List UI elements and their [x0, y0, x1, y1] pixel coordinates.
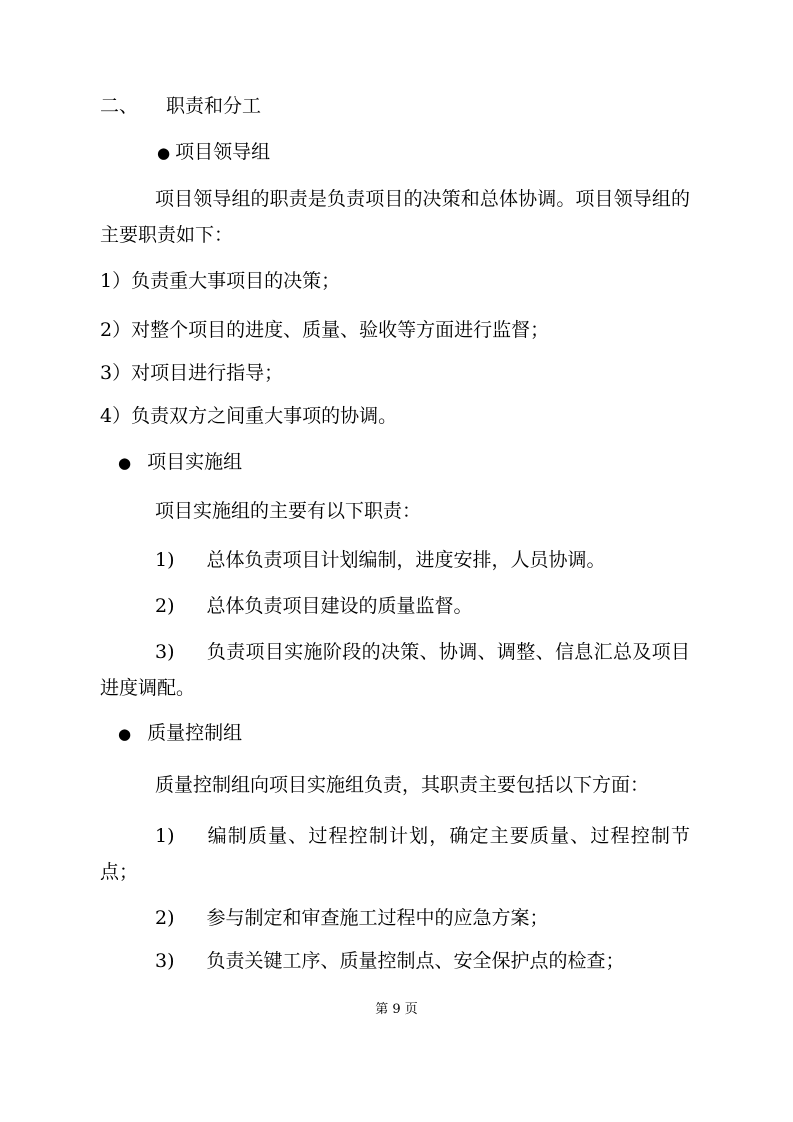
- item-number: 3): [155, 641, 175, 663]
- group-title: 项目实施组: [147, 451, 242, 473]
- page-footer: 第 9 页: [0, 1000, 793, 1020]
- bullet-icon: ●: [157, 135, 170, 171]
- numbered-item: 3)负责关键工序、质量控制点、安全保护点的检查；: [100, 943, 690, 979]
- group-heading-quality-control: ●质量控制组: [118, 715, 690, 752]
- item-text: 负责项目实施阶段的决策、协调、调整、信息汇总及项目进度调配。: [100, 641, 690, 699]
- section-intro: 质量控制组向项目实施组负责，其职责主要包括以下方面：: [100, 767, 690, 803]
- list-item: 1）负责重大事项目的决策；: [100, 263, 690, 299]
- heading-number: 二、: [100, 95, 138, 117]
- list-item: 2）对整个项目的进度、质量、验收等方面进行监督；: [100, 312, 690, 348]
- page-number: 第 9 页: [375, 1002, 418, 1017]
- page-content: 二、职责和分工 ●项目领导组 项目领导组的职责是负责项目的决策和总体协调。项目领…: [0, 0, 793, 979]
- item-number: 1): [155, 825, 175, 847]
- bullet-icon: ●: [118, 445, 131, 481]
- item-text: 负责关键工序、质量控制点、安全保护点的检查；: [207, 950, 625, 972]
- group-title: 项目领导组: [175, 141, 270, 163]
- numbered-item: 1)总体负责项目计划编制，进度安排，人员协调。: [100, 542, 690, 578]
- bullet-icon: ●: [118, 716, 131, 752]
- item-text: 总体负责项目建设的质量监督。: [207, 595, 473, 617]
- item-number: 2): [155, 907, 175, 929]
- group-title: 质量控制组: [147, 722, 242, 744]
- heading-title: 职责和分工: [166, 95, 261, 117]
- item-text: 总体负责项目计划编制，进度安排，人员协调。: [207, 549, 606, 571]
- group-heading-leadership: ●项目领导组: [157, 134, 690, 171]
- item-number: 3): [155, 950, 175, 972]
- item-number: 2): [155, 595, 175, 617]
- item-number: 1): [155, 549, 175, 571]
- section-intro: 项目实施组的主要有以下职责：: [100, 493, 690, 529]
- item-text: 编制质量、过程控制计划，确定主要质量、过程控制节点；: [100, 825, 690, 883]
- section-heading: 二、职责和分工: [100, 88, 690, 124]
- numbered-item: 1)编制质量、过程控制计划，确定主要质量、过程控制节点；: [100, 818, 690, 890]
- numbered-item: 3)负责项目实施阶段的决策、协调、调整、信息汇总及项目进度调配。: [100, 634, 690, 706]
- document-page: 二、职责和分工 ●项目领导组 项目领导组的职责是负责项目的决策和总体协调。项目领…: [0, 0, 793, 1122]
- list-item: 4）负责双方之间重大事项的协调。: [100, 398, 690, 434]
- list-item: 3）对项目进行指导；: [100, 355, 690, 391]
- group-heading-implementation: ●项目实施组: [118, 444, 690, 481]
- section-intro: 项目领导组的职责是负责项目的决策和总体协调。项目领导组的主要职责如下：: [100, 181, 690, 253]
- item-text: 参与制定和审查施工过程中的应急方案；: [207, 907, 549, 929]
- numbered-item: 2)总体负责项目建设的质量监督。: [100, 588, 690, 624]
- numbered-item: 2)参与制定和审查施工过程中的应急方案；: [100, 900, 690, 936]
